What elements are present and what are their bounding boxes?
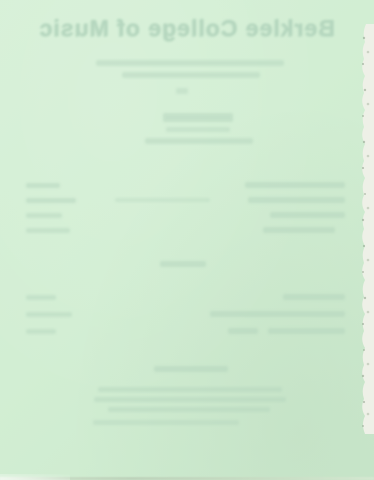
bleedthrough-line [115, 198, 210, 202]
bleedthrough-line [160, 261, 206, 267]
bleedthrough-line [154, 366, 228, 372]
bleedthrough-line [145, 138, 253, 144]
bleedthrough-line [96, 60, 284, 66]
bleedthrough-line [26, 213, 62, 218]
bleedthrough-line [245, 182, 345, 188]
bleedthrough-line [98, 387, 282, 392]
bleedthrough-line [94, 397, 286, 402]
bleedthrough-line [163, 113, 233, 122]
bleedthrough-masthead-title: Berklee College of Music [0, 15, 374, 42]
bleedthrough-line [108, 407, 270, 412]
bleedthrough-line [26, 198, 76, 203]
bleedthrough-line [26, 228, 70, 233]
bleedthrough-line [26, 295, 56, 300]
bleedthrough-line [93, 420, 239, 425]
bleedthrough-line [26, 183, 60, 188]
bottom-left-highlight [0, 474, 70, 480]
bleedthrough-line [263, 227, 335, 233]
bleedthrough-line [122, 72, 260, 78]
bleedthrough-line [166, 127, 230, 132]
bleedthrough-line [268, 328, 345, 334]
bleedthrough-line [210, 311, 345, 317]
bleedthrough-line [26, 329, 56, 334]
bleedthrough-line [270, 212, 345, 218]
bleedthrough-line [176, 88, 188, 94]
bleedthrough-line [283, 294, 345, 300]
bleedthrough-line [228, 328, 258, 334]
scanned-page: Berklee College of Music [0, 0, 374, 480]
bleedthrough-line [26, 312, 72, 317]
torn-edge [358, 24, 374, 434]
bleedthrough-line [248, 197, 345, 203]
